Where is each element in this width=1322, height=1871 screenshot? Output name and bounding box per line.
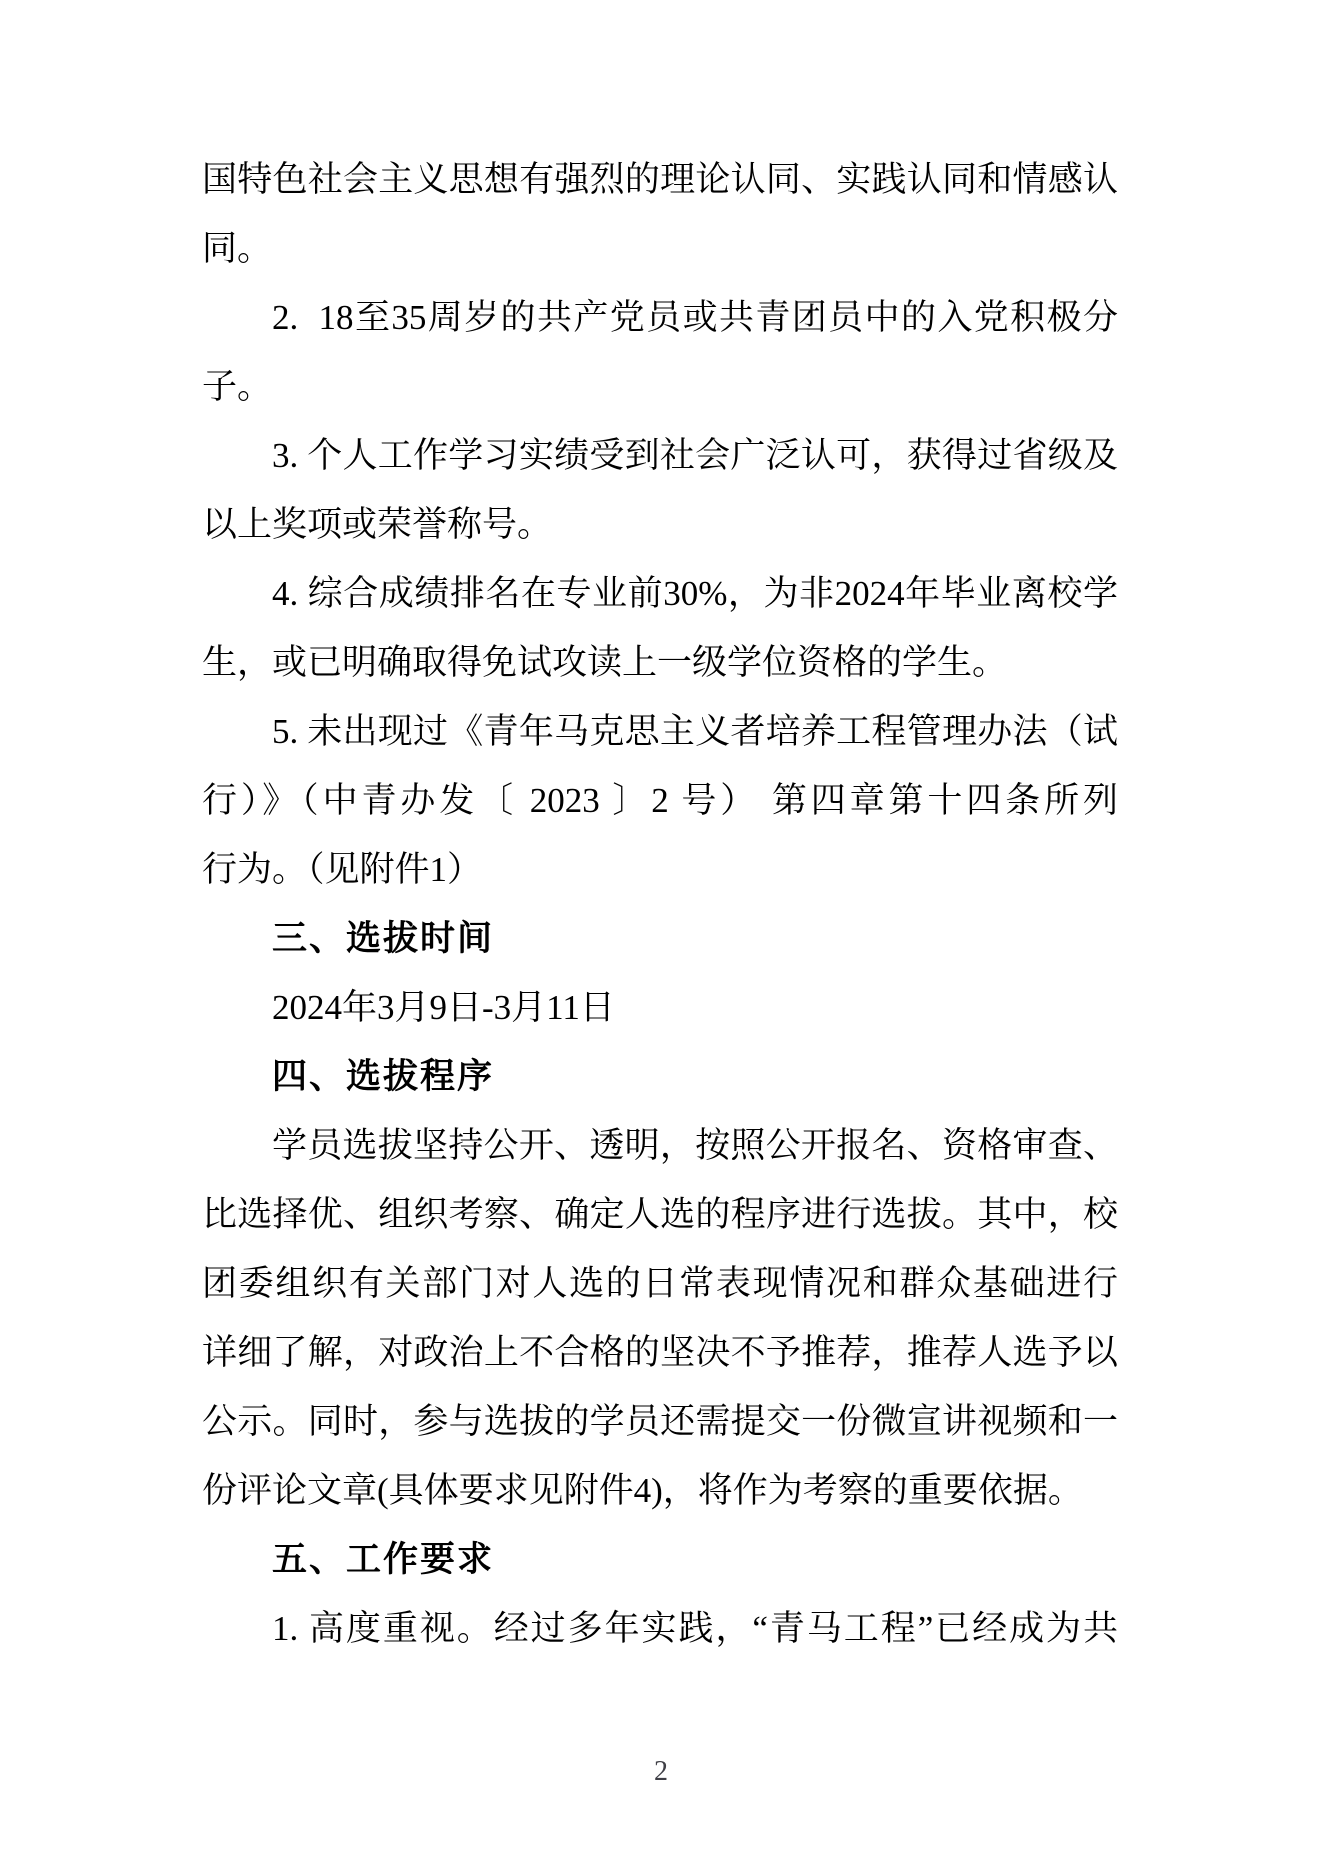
body-text-line: 团委组织有关部门对人选的日常表现情况和群众基础进行 xyxy=(202,1249,1118,1318)
body-text-line: 行为。（见附件1） xyxy=(202,835,1118,904)
body-text-line: 比选择优、组织考察、确定人选的程序进行选拔。其中，校 xyxy=(202,1180,1118,1249)
body-text-line: 公示。同时，参与选拔的学员还需提交一份微宣讲视频和一 xyxy=(202,1387,1118,1456)
body-text-line: 学员选拔坚持公开、透明，按照公开报名、资格审查、 xyxy=(202,1111,1118,1180)
body-text-line: 5. 未出现过《青年马克思主义者培养工程管理办法（试 xyxy=(202,697,1118,766)
section-heading-selection-procedure: 四、选拔程序 xyxy=(202,1042,1118,1111)
body-text-line: 以上奖项或荣誉称号。 xyxy=(202,490,1118,559)
body-text-line: 生，或已明确取得免试攻读上一级学位资格的学生。 xyxy=(202,628,1118,697)
body-text-line: 3. 个人工作学习实绩受到社会广泛认可，获得过省级及 xyxy=(202,421,1118,490)
page-number: 2 xyxy=(0,1756,1322,1788)
section-heading-work-requirements: 五、工作要求 xyxy=(202,1525,1118,1594)
selection-date-line: 2024年3月9日-3月11日 xyxy=(202,973,1118,1042)
document-body: 国特色社会主义思想有强烈的理论认同、实践认同和情感认 同。 2. 18至35周岁… xyxy=(202,145,1118,1663)
body-text-line: 子。 xyxy=(202,352,1118,421)
body-text-line: 行）》（中青办发〔 2023 〕2 号） 第四章第十四条所列 xyxy=(202,766,1118,835)
body-text-line: 4. 综合成绩排名在专业前30%，为非2024年毕业离校学 xyxy=(202,559,1118,628)
body-text-line: 国特色社会主义思想有强烈的理论认同、实践认同和情感认 xyxy=(202,145,1118,214)
section-heading-selection-time: 三、选拔时间 xyxy=(202,904,1118,973)
document-page: 国特色社会主义思想有强烈的理论认同、实践认同和情感认 同。 2. 18至35周岁… xyxy=(0,0,1322,1871)
body-text-line: 2. 18至35周岁的共产党员或共青团员中的入党积极分 xyxy=(202,283,1118,352)
body-text-line: 1. 高度重视。经过多年实践，“青马工程”已经成为共 xyxy=(202,1594,1118,1663)
body-text-line: 同。 xyxy=(202,214,1118,283)
body-text-line: 份评论文章(具体要求见附件4)，将作为考察的重要依据。 xyxy=(202,1456,1118,1525)
body-text-line: 详细了解，对政治上不合格的坚决不予推荐，推荐人选予以 xyxy=(202,1318,1118,1387)
